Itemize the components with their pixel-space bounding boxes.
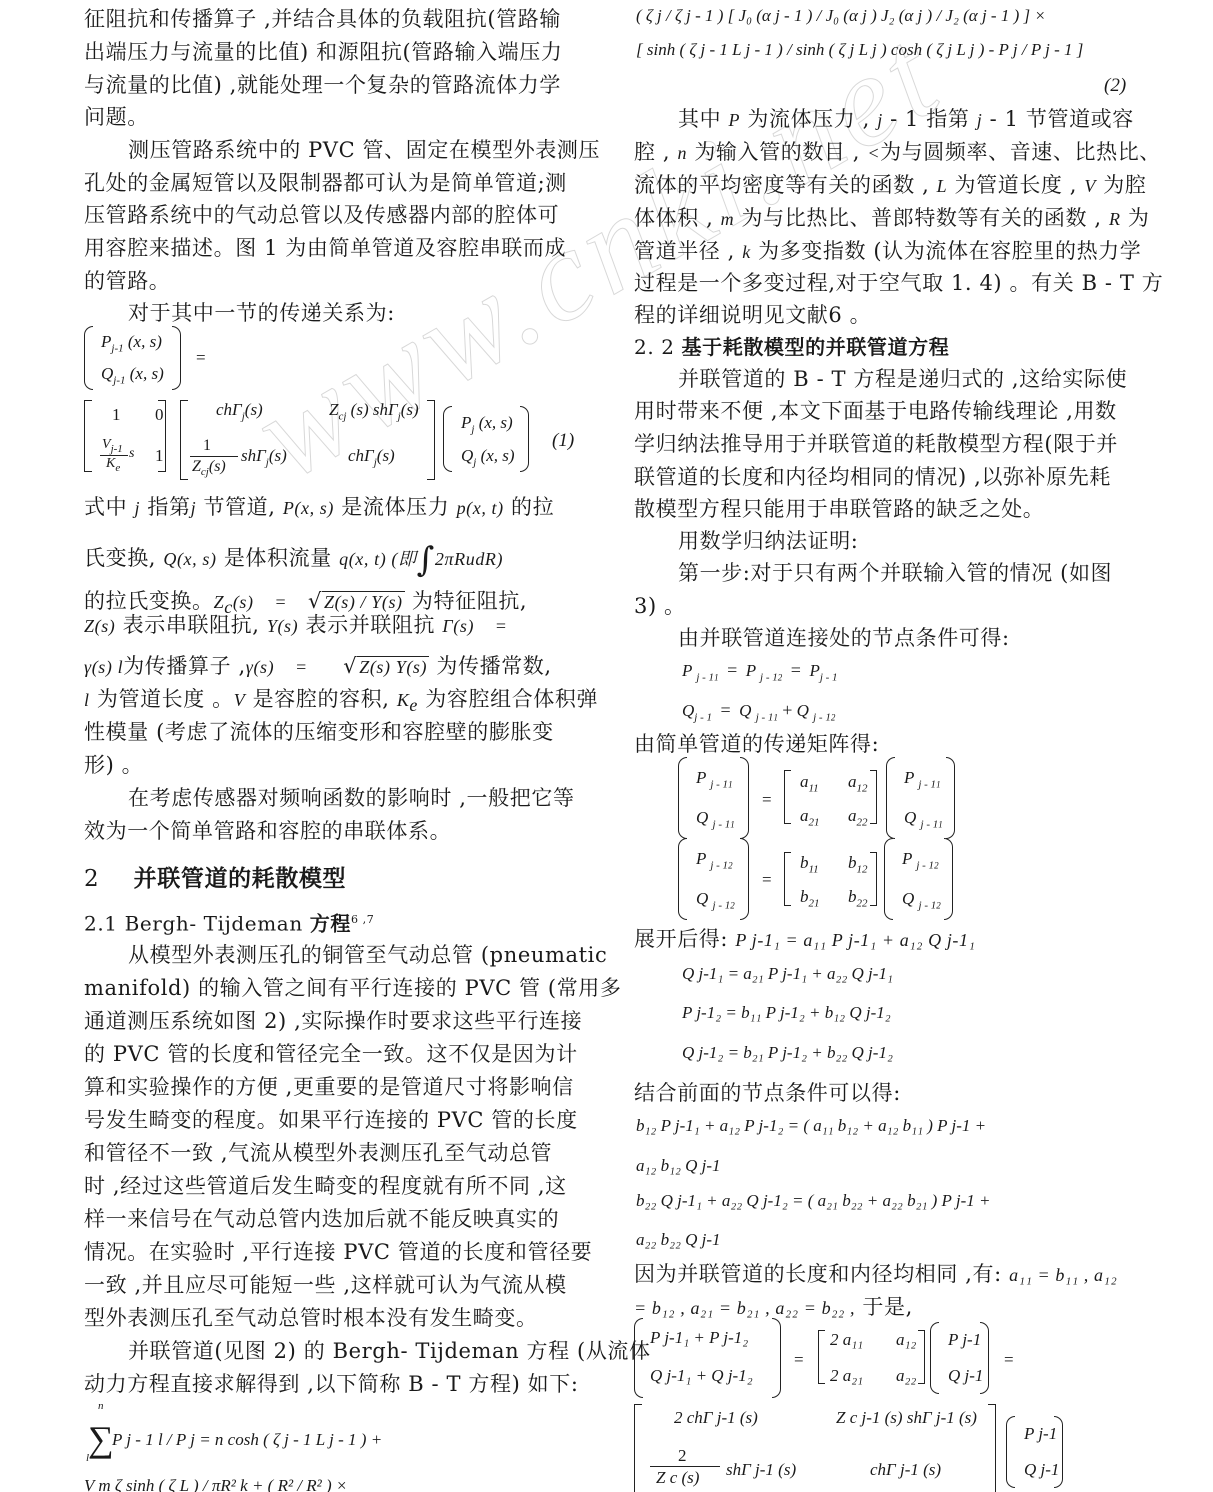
text-line: 在考虑传感器对频响函数的影响时 ,一般把它等 bbox=[84, 785, 575, 811]
text-line: 并联管道(见图 2) 的 Bergh- Tijdeman 方程 (从流体 bbox=[84, 1338, 651, 1364]
left-bracket bbox=[180, 400, 188, 480]
text-line: 出端压力与流量的比值) 和源阻抗(管路输入端压力 bbox=[84, 39, 562, 65]
text-line: 因为并联管道的长度和内径均相同 ,有: a₁₁ = b₁₁ , a₁₂ bbox=[634, 1261, 1117, 1288]
text-line: 体体积 , m 为与比热比、普郎特数等有关的函数 , R 为 bbox=[634, 205, 1149, 232]
text-line: 情况。在实验时 ,平行连接 PVC 管道的长度和管径要 bbox=[84, 1239, 592, 1265]
text-line: 用容腔来描述。图 1 为由简单管道及容腔串联而成 bbox=[84, 235, 566, 261]
text-line: 压管路系统中的气动总管以及传感器内部的腔体可 bbox=[84, 202, 559, 228]
left-brace bbox=[84, 326, 93, 390]
text-line: 型外表测压孔至气动总管时根本没有发生畸变。 bbox=[84, 1305, 538, 1331]
text-line: 结合前面的节点条件可以得: bbox=[634, 1080, 901, 1106]
text-line: 用数学归纳法证明: bbox=[634, 528, 858, 554]
expanded-equation: P j-1₂ = b₁₁ P j-1₂ + b₁₂ Q j-1₂ bbox=[682, 1003, 891, 1023]
text-line: 问题。 bbox=[84, 104, 149, 130]
text-line: 形) 。 bbox=[84, 752, 143, 778]
right-brace bbox=[520, 406, 529, 472]
text-line: 一致 ,并且应尽可能短一些 ,这样就可认为气流从模 bbox=[84, 1272, 567, 1298]
right-brace bbox=[172, 326, 181, 390]
text-line: 式中 j 指第j 节管道, P(x, s) 是流体压力 p(x, t) 的拉 bbox=[84, 494, 554, 521]
combined-equation: b₁₂ P j-1₁ + a₁₂ P j-1₂ = ( a₁₁ b₁₂ + a₁… bbox=[636, 1116, 986, 1136]
text-line: 和管径不一致 ,气流从模型外表测压孔至气动总管 bbox=[84, 1140, 552, 1166]
text-line: 通道测压系统如图 2) ,实际操作时要求这些平行连接 bbox=[84, 1008, 582, 1034]
text-line: 氏变换, Q(x, s) 是体积流量 q(x, t) (即∫2πRudR) bbox=[84, 541, 503, 572]
text-line: 过程是一个多变过程,对于空气取 1. 4) 。有关 B - T 方 bbox=[634, 270, 1163, 296]
left-brace bbox=[443, 406, 452, 472]
text-line: 时 ,经过这些管道后发生畸变的程度就有所不同 ,这 bbox=[84, 1173, 567, 1199]
expanded-equation: Q j-1₁ = a₂₁ P j-1₁ + a₂₂ Q j-1₁ bbox=[682, 964, 893, 984]
text-line: 从模型外表测压孔的铜管至气动总管 (pneumatic bbox=[84, 942, 607, 968]
node-equation-1: P j - 11 = P j - 12 = Pj - 1 bbox=[682, 660, 838, 683]
text-line: 效为一个简单管路和容腔的串联体系。 bbox=[84, 818, 451, 844]
text-line: 散模型方程只能用于串联管路的缺乏之处。 bbox=[634, 496, 1044, 522]
equation-number: (2) bbox=[1104, 75, 1126, 97]
text-line: manifold) 的输入管之间有平行连接的 PVC 管 (常用多 bbox=[84, 975, 622, 1001]
text-line: 号发生畸变的程度。如果平行连接的 PVC 管的长度 bbox=[84, 1107, 578, 1133]
text-line: 对于其中一节的传递关系为: bbox=[84, 300, 395, 326]
text-line: 由并联管道连接处的节点条件可得: bbox=[634, 625, 1010, 651]
equation-line: ( ζ j / ζ j - 1 ) [ J₀ (α j - 1 ) / J₀ (… bbox=[636, 6, 1046, 26]
text-line: 流体的平均密度等有关的函数 , L 为管道长度 , V 为腔 bbox=[634, 172, 1146, 199]
text-line: 算和实验操作的方便 ,更重要的是管道尺寸将影响信 bbox=[84, 1074, 574, 1100]
text-line: Z(s) 表示串联阻抗, Y(s) 表示并联阻抗 Γ(s) = bbox=[84, 612, 507, 639]
text-line: 的管路。 bbox=[84, 268, 170, 294]
subsection-heading: 2. 2 基于耗散模型的并联管道方程 bbox=[634, 334, 949, 360]
section-heading: 2 并联管道的耗散模型 bbox=[84, 866, 346, 892]
equation-line: [ sinh ( ζ j - 1 L j - 1 ) / sinh ( ζ j … bbox=[636, 40, 1083, 60]
text-line: 3) 。 bbox=[634, 593, 686, 619]
text-line: 展开后得: P j-1₁ = a₁₁ P j-1₁ + a₁₂ Q j-1₁ bbox=[634, 926, 975, 953]
text-line: 的 PVC 管的长度和管径完全一致。这不仅是因为计 bbox=[84, 1041, 578, 1067]
equation-number: (1) bbox=[552, 430, 574, 452]
text-line: 动力方程直接求解得到 ,以下简称 B - T 方程) 如下: bbox=[84, 1371, 579, 1397]
node-equation-2: Qj - 1 = Q j - 11 + Q j - 12 bbox=[682, 700, 835, 723]
text-line: 性模量 (考虑了流体的压缩变形和容腔壁的膨胀变 bbox=[84, 719, 554, 745]
text-line: 由简单管道的传递矩阵得: bbox=[634, 731, 879, 757]
text-line: 孔处的金属短管以及限制器都可认为是简单管道;测 bbox=[84, 170, 567, 196]
right-bracket bbox=[158, 400, 166, 472]
left-bracket bbox=[84, 400, 92, 472]
text-line: 学归纳法推导用于并联管道的耗散模型方程(限于并 bbox=[634, 431, 1118, 457]
text-line: 征阻抗和传播算子 ,并结合具体的负载阻抗(管路输 bbox=[84, 6, 561, 32]
text-line: 样一来信号在气动总管内迭加后就不能反映真实的 bbox=[84, 1206, 559, 1232]
text-line: 第一步:对于只有两个并联输入管的情况 (如图 bbox=[634, 560, 1112, 586]
combined-equation: b₂₂ Q j-1₁ + a₂₂ Q j-1₂ = ( a₂₁ b₂₂ + a₂… bbox=[636, 1191, 991, 1211]
combined-equation: a₁₂ b₁₂ Q j-1 bbox=[636, 1156, 721, 1176]
text-line: 测压管路系统中的 PVC 管、固定在模型外表测压 bbox=[84, 137, 600, 163]
text-line: l 为管道长度 。V 是容腔的容积, Ke 为容腔组合体积弹 bbox=[84, 686, 598, 718]
text-line: γ(s) l为传播算子 ,γ(s) = √Z(s) Y(s) 为传播常数, bbox=[84, 653, 552, 680]
text-line: 腔 , n 为输入管的数目 , <为与圆频率、音速、比热比、 bbox=[634, 139, 1161, 166]
text-line: 联管道的长度和内径均相同的情况) ,以弥补原先耗 bbox=[634, 464, 1111, 490]
expanded-equation: Q j-1₂ = b₂₁ P j-1₂ + b₂₂ Q j-1₂ bbox=[682, 1043, 893, 1063]
text-line: 与流量的比值) ,就能处理一个复杂的管路流体力学 bbox=[84, 72, 561, 98]
text-line: = b₁₂ , a₂₁ = b₂₁ , a₂₂ = b₂₂ , 于是, bbox=[634, 1294, 913, 1321]
text-line: 程的详细说明见文献6 。 bbox=[634, 302, 871, 328]
text-line: 并联管道的 B - T 方程是递归式的 ,这给实际使 bbox=[634, 366, 1127, 392]
right-bracket bbox=[427, 400, 435, 480]
text-line: 用时带来不便 ,本文下面基于电路传输线理论 ,用数 bbox=[634, 398, 1117, 424]
sum-sign: ∑ bbox=[88, 1418, 114, 1460]
integral-sign: ∫ bbox=[417, 540, 435, 580]
combined-equation: a₂₂ b₂₂ Q j-1 bbox=[636, 1230, 721, 1250]
subsection-heading: 2.1 Bergh- Tijdeman 方程6 ,7 bbox=[84, 907, 374, 937]
text-line: 其中 P 为流体压力 , j - 1 指第 j - 1 节管道或容 bbox=[634, 106, 1134, 133]
text-line: 管道半径 , k 为多变指数 (认为流体在容腔里的热力学 bbox=[634, 238, 1141, 265]
